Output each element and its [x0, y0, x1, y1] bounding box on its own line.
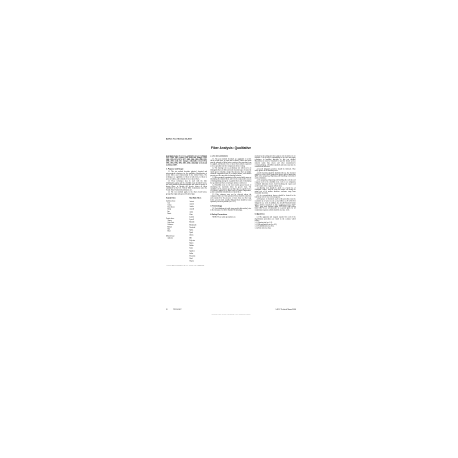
column-2: 2. Use and Limitations 2.1 The test meth…	[210, 155, 251, 306]
paragraph-1-3: 1.3 The test methods apply to the fibers…	[166, 192, 207, 196]
page-footer: 20 TM 20-2007 AATCC Technical Manual/200…	[166, 309, 296, 311]
doc-header: AATCC Test Method 20-2007	[166, 138, 296, 140]
safety-note-continued: ancillary to the testing procedures and …	[255, 155, 296, 168]
manual-name: AATCC Technical Manual/2008	[275, 309, 296, 311]
table-footnote: * Generic names established by the U.S. …	[166, 264, 207, 266]
paragraph-3-1: 3.1 For definitions of textile terms use…	[210, 208, 251, 212]
copyright-line: Copyright © 2007 American Association of…	[166, 314, 296, 315]
fiber-name-item: Vinyon	[189, 260, 207, 263]
section-1-heading: 1. Purpose and Scope	[166, 168, 207, 170]
paragraph-2-3: 2.3 Microscopical examination is the mos…	[210, 177, 251, 184]
fiber-group: Cellulose base: Coir Cotton Flax (linen)…	[166, 200, 189, 214]
paragraph-5-1: 5.1 The apparatus and reagents required …	[255, 216, 296, 221]
paragraph-4-3: 4.3 In preparing, dispensing and handlin…	[255, 180, 296, 187]
footer-left: 20 TM 20-2007	[166, 309, 181, 311]
paragraph-4-2: 4.2 All chemicals should be handled with…	[255, 172, 296, 179]
column-1: Developed in 1955 by AATCC Committee RA2…	[166, 155, 207, 306]
page-number: 20	[166, 309, 168, 311]
section-4-heading: 4. Safety Precautions	[210, 214, 251, 216]
document-page: AATCC Test Method 20-2007 Fiber Analysis…	[166, 138, 296, 319]
manmade-fibers-header: Man-Made Fibers	[189, 197, 207, 199]
fiber-group: Mineral base: Asbestos	[166, 235, 189, 239]
apparatus-list-item: 5.1.4 Stain tests (see 6.4).	[255, 228, 296, 230]
paragraph-2-4: 2.4 Solubility tests are the most useful…	[210, 185, 251, 194]
fiber-name-item: Asbestos	[166, 237, 189, 239]
paragraph-2-2: 2.2 The burning test is a preliminary te…	[210, 168, 251, 177]
document-number: TM 20-2007	[173, 309, 181, 311]
fiber-name-item: Wool	[166, 230, 189, 232]
page-title: Fiber Analysis: Qualitative	[166, 146, 296, 150]
paragraph-2-1: 2.1 The test methods described are appli…	[210, 158, 251, 167]
paragraph-1-2: 1.2 These techniques may be used with th…	[166, 180, 207, 191]
natural-fibers-header: Natural Fibers	[166, 197, 189, 199]
development-history: Developed in 1955 by AATCC Committee RA2…	[166, 155, 207, 166]
section-5-heading: 5. Apparatus	[255, 213, 296, 215]
fiber-group: Protein base: Alpaca Camel hair Cashmere…	[166, 218, 189, 232]
column-3: ancillary to the testing procedures and …	[255, 155, 296, 306]
fiber-name-item: Ramie	[166, 213, 189, 215]
paragraph-4-6: 4.6 Exposure to chemicals used in this p…	[255, 199, 296, 212]
document-preview: AATCC Test Method 20-2007 Fiber Analysis…	[0, 0, 458, 458]
natural-fibers-column: Natural Fibers Cellulose base: Coir Cott…	[166, 197, 189, 262]
text-columns: Developed in 1955 by AATCC Committee RA2…	[166, 155, 296, 306]
paragraph-1-1: 1.1 This test method describes physical,…	[166, 171, 207, 180]
section-3-heading: 3. Terminology	[210, 205, 251, 207]
section-2-heading: 2. Use and Limitations	[210, 155, 251, 157]
paragraph-4-4: 4.4 Burning tests should be made in a ho…	[255, 187, 296, 194]
fiber-names-table: Natural Fibers Cellulose base: Coir Cott…	[166, 197, 207, 262]
manmade-fibers-column: Man-Made Fibers Acetate Acrylic Anidex A…	[189, 197, 207, 262]
paragraph-2-5: 2.5 Fiber mixtures may not be detected u…	[210, 194, 251, 203]
safety-note-start: NOTE: These safety precautions are	[210, 217, 251, 219]
